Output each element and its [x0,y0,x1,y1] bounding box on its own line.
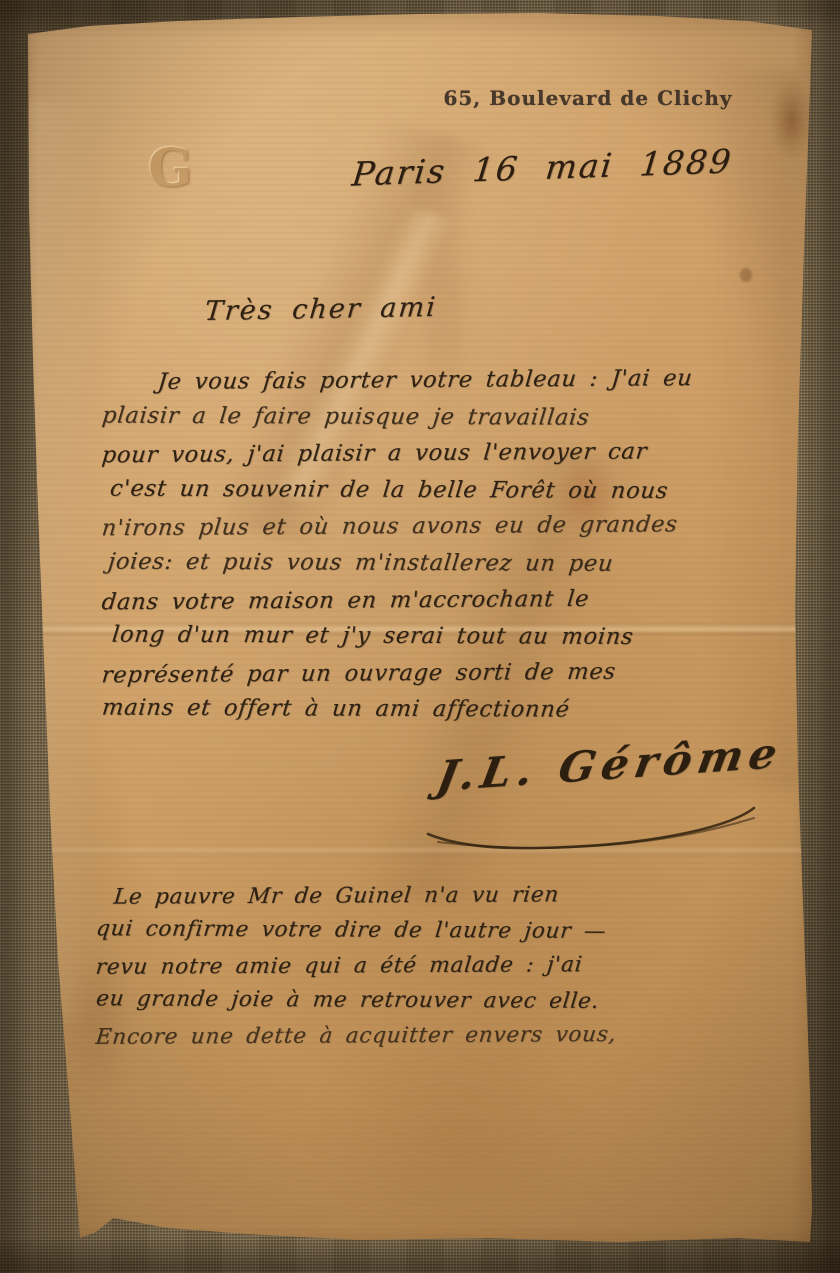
paper-stain [770,78,814,162]
postscript: Le pauvre Mr de Guinel n'a vu rien qui c… [96,878,776,1053]
postscript-line: Le pauvre Mr de Guinel n'a vu rien [94,876,778,915]
paper-edge-highlight [26,100,96,1020]
signature-name: J.L. Gérôme [433,728,787,801]
letter-body: Je vous fais porter votre tableau : J'ai… [102,362,762,728]
paper-stain [740,268,752,282]
body-line: n'irons plus et où nous avons eu de gran… [100,506,764,547]
body-line: dans votre maison en m'accrochant le [100,579,764,620]
body-line: pour vous, j'ai plaisir a vous l'envoyer… [100,433,764,474]
body-line: long d'un mur et j'y serai tout au moins [100,617,764,656]
signature-flourish [418,798,778,854]
printed-letterhead: 65, Boulevard de Clichy [418,86,758,110]
embossed-monogram: G [148,138,192,199]
signature-block: J.L. Gérôme [418,736,778,846]
body-line: c'est un souvenir de la belle Forêt où n… [100,470,764,509]
letter-photograph: 65, Boulevard de Clichy G Paris 16 mai 1… [0,0,840,1273]
postscript-line: qui confirme votre dire de l'autre jour … [94,911,777,950]
body-line: représenté par un ouvrage sorti de mes [100,652,764,693]
body-line: Je vous fais porter votre tableau : J'ai… [100,360,764,401]
body-line: mains et offert à un ami affectionné [100,690,764,729]
postscript-line: Encore une dette à acquitter envers vous… [94,1016,778,1055]
postscript-line: revu notre amie qui a été malade : j'ai [94,946,778,985]
salutation: Très cher ami [203,292,438,327]
postscript-line: eu grande joie à me retrouver avec elle. [94,981,777,1020]
paper-stain [313,1035,583,1230]
letter-paper: 65, Boulevard de Clichy G Paris 16 mai 1… [18,10,816,1254]
body-line: plaisir a le faire puisque je travaillai… [100,397,764,436]
body-line: joies: et puis vous m'installerez un peu [100,544,764,583]
